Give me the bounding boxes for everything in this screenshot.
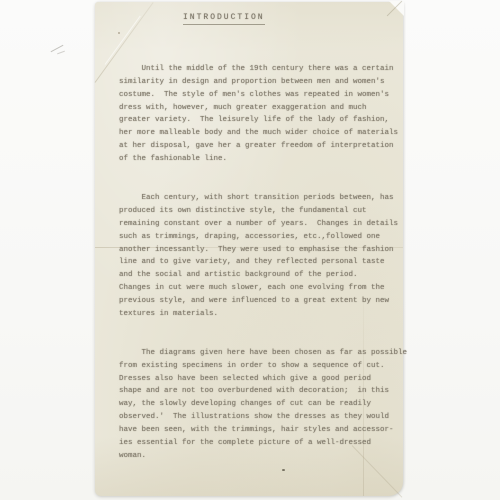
folded-corner <box>389 1 404 16</box>
paragraph: Each century, with short transition peri… <box>119 192 403 321</box>
document-page: INTRODUCTION Until the middle of the 19t… <box>95 2 403 496</box>
document-body: Until the middle of the 19th century the… <box>119 37 403 489</box>
paper-speck <box>118 32 120 34</box>
page-title: INTRODUCTION <box>183 13 265 25</box>
paragraph: Until the middle of the 19th century the… <box>119 63 403 166</box>
paragraph: The diagrams given here have been chosen… <box>119 347 403 463</box>
scratch-mark <box>57 51 65 55</box>
